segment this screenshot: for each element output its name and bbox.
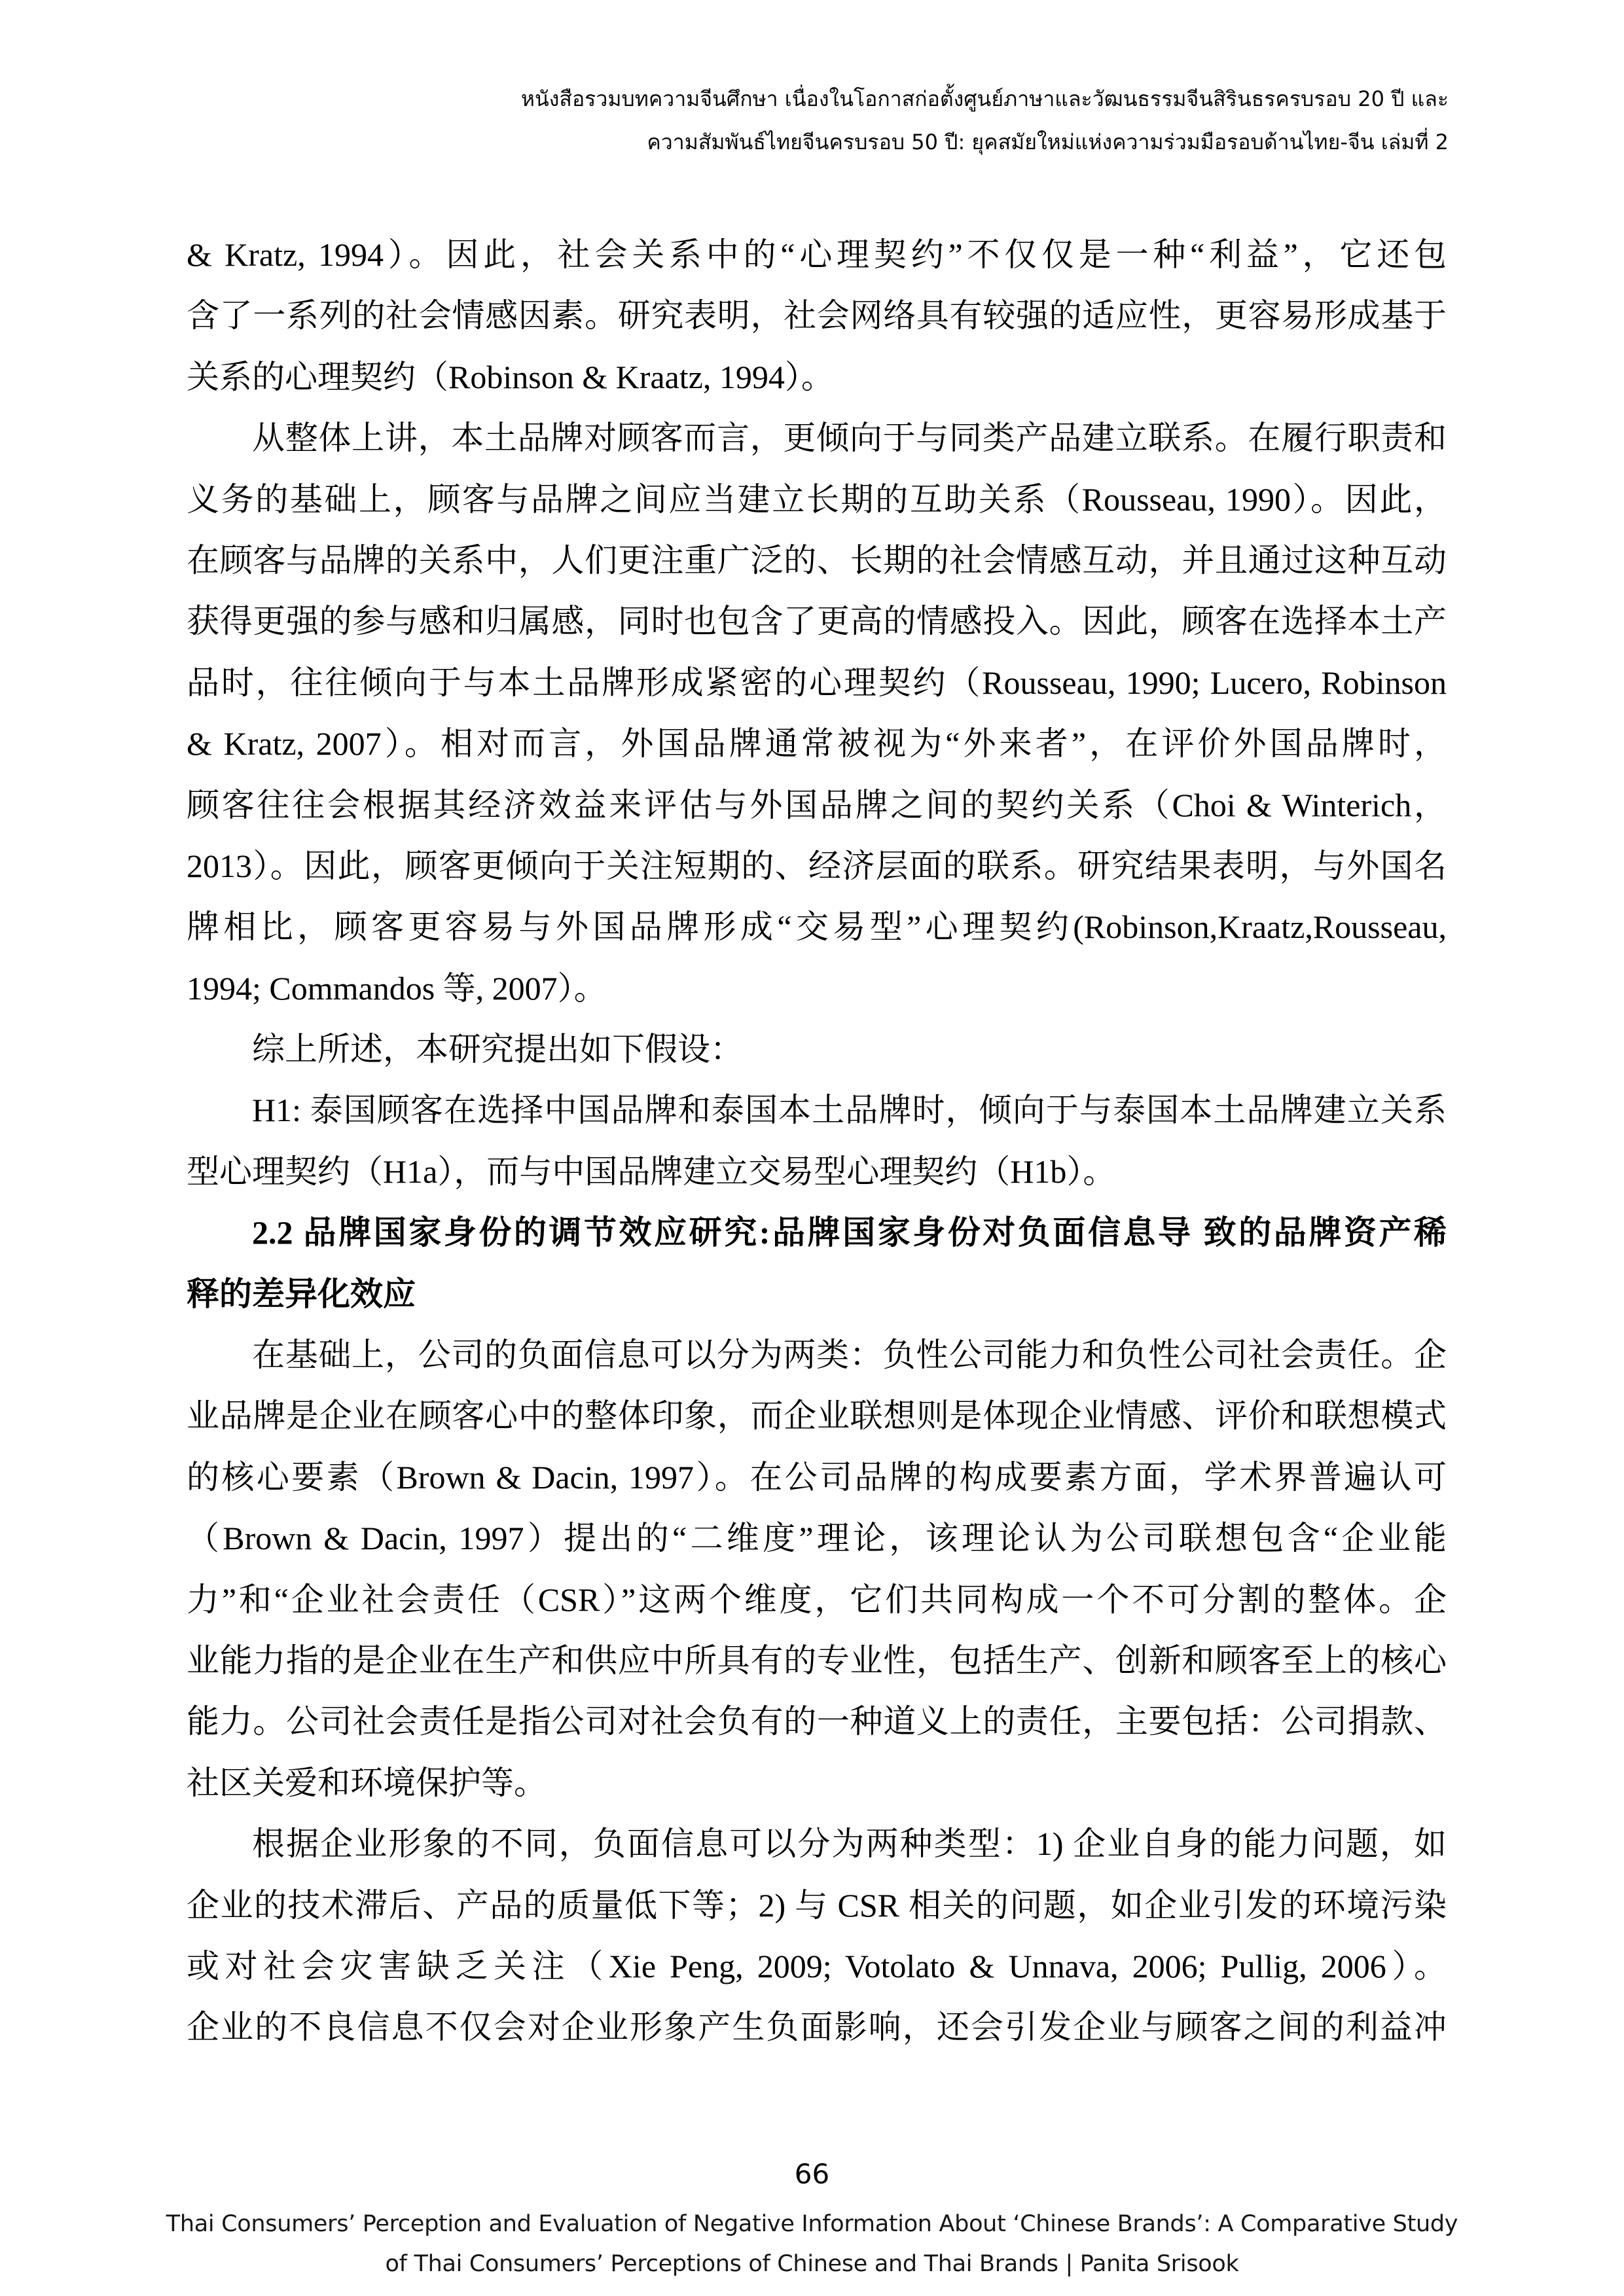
body-line: 在基础上，公司的负面信息可以分为两类：负性公司能力和负性公司社会责任。企 xyxy=(187,1325,1447,1386)
body-line: 社区关爱和环境保护等。 xyxy=(187,1753,1447,1814)
body-line: 力”和“企业社会责任（CSR）”这两个维度，它们共同构成一个不可分割的整体。企 xyxy=(187,1570,1447,1630)
body-line: & Kratz, 1994）。因此，社会关系中的“心理契约”不仅仅是一种“利益”… xyxy=(187,224,1447,285)
body-line: 义务的基础上，顾客与品牌之间应当建立长期的互助关系（Rousseau, 1990… xyxy=(187,469,1447,530)
body-line: 牌相比，顾客更容易与外国品牌形成“交易型”心理契约(Robinson,Kraat… xyxy=(187,897,1447,958)
body-line: 根据企业形象的不同，负面信息可以分为两种类型：1) 企业自身的能力问题，如 xyxy=(187,1814,1447,1874)
body-line: 品时，往往倾向于与本土品牌形成紧密的心理契约（Rousseau, 1990; L… xyxy=(187,653,1447,713)
page-footer: 66 Thai Consumers’ Perception and Evalua… xyxy=(0,2159,1624,2284)
body-line: （Brown & Dacin, 1997）提出的“二维度”理论，该理论认为公司联… xyxy=(187,1508,1447,1569)
body-line: 1994; Commandos 等, 2007）。 xyxy=(187,958,1447,1019)
footer-line-1: Thai Consumers’ Perception and Evaluatio… xyxy=(0,2204,1624,2244)
footer-line-2: of Thai Consumers’ Perceptions of Chines… xyxy=(0,2244,1624,2284)
body-line: 在顾客与品牌的关系中，人们更注重广泛的、长期的社会情感互动，并且通过这种互动 xyxy=(187,530,1447,591)
body-line: 含了一系列的社会情感因素。研究表明，社会网络具有较强的适应性，更容易形成基于 xyxy=(187,285,1447,346)
document-page: หนังสือรวมบทความจีนศึกษา เนื่องในโอกาสก่… xyxy=(0,0,1624,2296)
body-line: 企业的技术滞后、产品的质量低下等；2) 与 CSR 相关的问题，如企业引发的环境… xyxy=(187,1875,1447,1936)
body-line: 关系的心理契约（Robinson & Kraatz, 1994）。 xyxy=(187,347,1447,408)
body-text: & Kratz, 1994）。因此，社会关系中的“心理契约”不仅仅是一种“利益”… xyxy=(187,224,1447,2058)
section-heading-line: 2.2 品牌国家身份的调节效应研究:品牌国家身份对负面信息导 致的品牌资产稀 xyxy=(187,1202,1447,1263)
page-header: หนังสือรวมบทความจีนศึกษา เนื่องในโอกาสก่… xyxy=(187,77,1449,164)
body-line: 2013）。因此，顾客更倾向于关注短期的、经济层面的联系。研究结果表明，与外国名 xyxy=(187,836,1447,897)
header-line-1: หนังสือรวมบทความจีนศึกษา เนื่องในโอกาสก่… xyxy=(187,77,1449,120)
body-line: 或对社会灾害缺乏关注（Xie Peng, 2009; Votolato & Un… xyxy=(187,1936,1447,1997)
body-line: 业能力指的是企业在生产和供应中所具有的专业性，包括生产、创新和顾客至上的核心 xyxy=(187,1630,1447,1691)
body-line: 综上所述，本研究提出如下假设： xyxy=(187,1019,1447,1080)
page-number: 66 xyxy=(0,2159,1624,2190)
section-heading-line: 释的差异化效应 xyxy=(187,1264,1447,1325)
header-line-2: ความสัมพันธ์ไทยจีนครบรอบ 50 ปี: ยุคสมัยใ… xyxy=(187,120,1449,164)
body-line: 型心理契约（H1a），而与中国品牌建立交易型心理契约（H1b）。 xyxy=(187,1141,1447,1202)
body-line: 业品牌是企业在顾客心中的整体印象，而企业联想则是体现企业情感、评价和联想模式 xyxy=(187,1386,1447,1446)
body-line: & Kratz, 2007）。相对而言，外国品牌通常被视为“外来者”，在评价外国… xyxy=(187,713,1447,774)
body-line: 企业的不良信息不仅会对企业形象产生负面影响，还会引发企业与顾客之间的利益冲突， xyxy=(187,1997,1447,2058)
body-line: H1: 泰国顾客在选择中国品牌和泰国本土品牌时，倾向于与泰国本土品牌建立关系 xyxy=(187,1080,1447,1141)
body-line: 从整体上讲，本土品牌对顾客而言，更倾向于与同类产品建立联系。在履行职责和 xyxy=(187,408,1447,469)
body-line: 的核心要素（Brown & Dacin, 1997）。在公司品牌的构成要素方面，… xyxy=(187,1447,1447,1508)
body-line: 顾客往往会根据其经济效益来评估与外国品牌之间的契约关系（Choi & Winte… xyxy=(187,775,1447,836)
body-line: 获得更强的参与感和归属感，同时也包含了更高的情感投入。因此，顾客在选择本土产 xyxy=(187,591,1447,652)
body-line: 能力。公司社会责任是指公司对社会负有的一种道义上的责任，主要包括：公司捐款、 xyxy=(187,1691,1447,1752)
